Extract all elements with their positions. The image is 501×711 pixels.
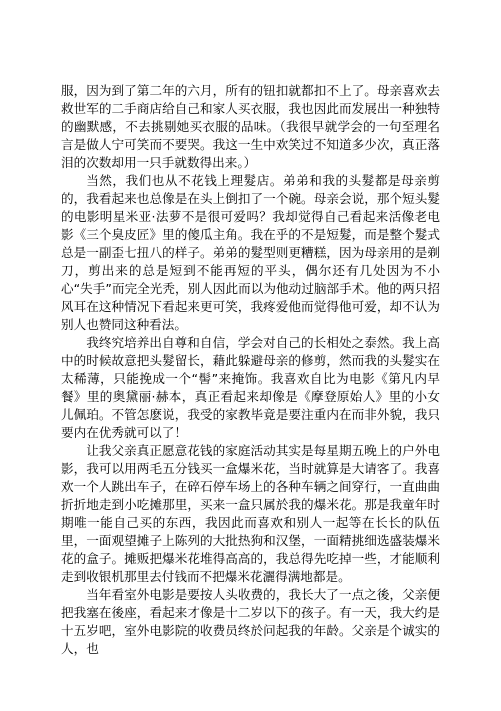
- book-page: 服，因为到了第二年的六月，所有的钮扣就都扣不上了。母亲喜欢去救世军的二手商店给自…: [0, 0, 501, 711]
- paragraph: 让我父亲真正愿意花钱的家庭活动其实是每星期五晚上的户外电影，我可以用两毛五分钱买…: [61, 442, 440, 586]
- paragraph: 当年看室外电影是要按人头收费的，我长大了一点之後，父亲便把我塞在後座，看起来才像…: [61, 586, 440, 658]
- text-block: 服，因为到了第二年的六月，所有的钮扣就都扣不上了。母亲喜欢去救世军的二手商店给自…: [61, 82, 440, 658]
- paragraph: 我终究培养出自尊和自信，学会对自己的长相处之泰然。我上高中的时候故意把头髮留长，…: [61, 334, 440, 442]
- paragraph: 当然，我们也从不花钱上理髮店。弟弟和我的头髮都是母亲剪的，我看起来也总像是在头上…: [61, 172, 440, 334]
- paragraph-continuation: 服，因为到了第二年的六月，所有的钮扣就都扣不上了。母亲喜欢去救世军的二手商店给自…: [61, 82, 440, 172]
